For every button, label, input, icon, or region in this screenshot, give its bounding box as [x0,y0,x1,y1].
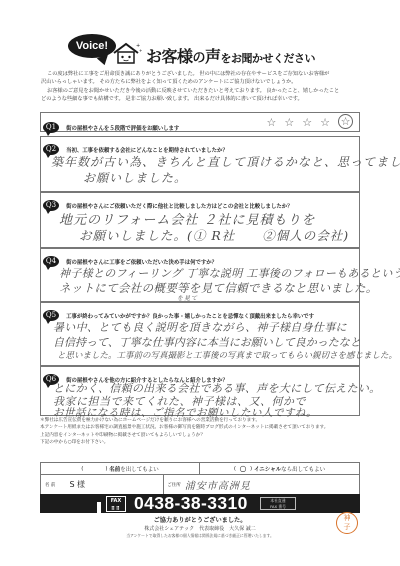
q3-badge: Q3 [43,200,59,211]
q4-insert-note: を見て [177,293,198,302]
star-icon[interactable]: ☆ [320,116,330,129]
note-line: 下記の中から○印をお付下さい。 [40,439,370,446]
name-field[interactable]: 名 前 S 様 [41,475,164,494]
hanko-stamp: 神 子 [336,512,358,534]
option-initial-checkbox[interactable]: (○) イニシャルなら出してもよい [200,463,359,474]
question-q4: Q4 街の屋根やさんに工事をご依頼いただいた決め手は何ですか？ 神子様とのフィー… [40,248,360,302]
question-q3: Q3 街の屋根やさんにご依頼いただく際に他社と比較しました方はどこの会社と比較し… [40,192,360,248]
address-value: 浦安市高洲見 [185,477,251,492]
star-icon[interactable]: ☆ [302,116,312,129]
page-title: お客様の声をお聞かせください [146,44,315,67]
question-q6: Q6 街の屋根やさんを他の方に紹介するとしたらなんと紹介しますか？ とにかく、信… [40,366,360,416]
voice-speech-bubble: Voice! [68,34,116,58]
intro-line: どのような些細な事でも結構です。 是非ご協力お願い致します。 出来るだけ具体的に… [41,95,361,103]
fax-number[interactable]: 0438-38-3310 [134,493,248,514]
svg-text:+: + [139,48,142,53]
survey-header: Voice! + + お客様の声をお聞かせください [68,34,338,64]
q4-answer-line: 神子様とのフィーリング 丁寧な説明 工事後のフォローもあるという事 [59,265,400,281]
note-line: 本アンケート用紙またはお客様宅の調査風景や施工状況、お客様の御写真を随時ブログ形… [40,424,370,431]
publication-notes: ＊弊社は広告宣伝費を極力かけない為にホームページだけを頼りにお客様への営業活動を… [40,417,370,447]
star-icon[interactable]: ☆ [284,116,294,129]
q4-answer-line: ネットにて会社の概要等を見て信頼できるなと思いました。 [59,280,378,296]
option-name-checkbox[interactable]: () 名前を出してもよい [41,463,200,474]
star-icon-selected[interactable]: ☆ [338,114,353,129]
q3-answer-line: お願いしました。(① R社 ②個人の会社) [79,226,349,244]
privacy-notice: 当アンケートで取得したお客様の個人情報は関係法規に基づき厳正に管理いたします。 [0,533,400,539]
note-line: 上記内容をインターネットや印刷物に掲載させて頂いてもよろしいでしょうか？ [40,432,370,439]
q5-answer-line: 暑い中、とても良く説明を頂きながら、神子様自身仕事に [53,319,347,335]
q5-answer-line: 自信持って、丁寧な仕事内容に本当にお願いして良かったなと [53,334,361,350]
fax-bar: FAX ⠿⠿ 0438-38-3310 本社直通 FAX 番号 [40,494,360,513]
intro-line: お客様のご意見をお聞かせいただき今後の活動に反映させていただきたいと考えておりま… [41,87,361,95]
rating-stars: ☆ ☆ ☆ ☆ ☆ [267,116,354,129]
question-q1: Q1 街の屋根やさんを５段階で評価をお願いします ☆ ☆ ☆ ☆ ☆ [40,112,360,132]
star-icon[interactable]: ☆ [267,116,277,129]
intro-line: この度は弊社に工事をご用命頂き誠にありがとうございました。 世の中には弊社の存在… [41,70,361,78]
name-value: S 様 [69,479,85,490]
address-field[interactable]: ご住所 浦安市高洲見 [164,475,359,494]
fax-machine-icon: FAX ⠿⠿ [106,496,126,512]
question-q5: Q5 工事が終わってみていかがですか？良かった事・嬉しかったことを忌憚なく頂戴出… [40,302,360,366]
note-line: ＊弊社は広告宣伝費を極力かけない為にホームページだけを頼りにお客様への営業活動を… [40,417,370,424]
q4-badge: Q4 [43,256,59,267]
consent-table: () 名前を出してもよい (○) イニシャルなら出してもよい 名 前 S 様 ご… [40,462,360,495]
fax-direct-badge: 本社直通 FAX 番号 [260,497,296,510]
q2-answer-line: 築年数が古い為、きちんと直して頂けるかなと、思ってまして、 [51,153,400,170]
intro-paragraph: この度は弊社に工事をご用命頂き誠にありがとうございました。 世の中には弊社の存在… [41,70,361,104]
q5-answer-line: と思いました。工事前の写真撮影と工事後の写真まで取ってもらい親切さを感じました。 [57,349,397,361]
q1-badge: Q1 [43,122,59,133]
q2-answer-line: お願いしました。 [83,169,187,186]
fax-tab-decoration [97,502,101,516]
name-field-label: 名 前 [45,482,55,488]
question-q2: Q2 当初、工事を依頼する会社にどんなことを期待されていましたか？ 築年数が古い… [40,136,360,192]
house-face-icon: + + [112,42,142,64]
intro-line: 沢山いらっしゃいます。 その方たちに弊社をよく知って頂くためのアンケートにご協力… [41,78,361,86]
address-field-label: ご住所 [167,482,181,488]
q1-text: 街の屋根やさんを５段階で評価をお願いします [66,126,179,132]
